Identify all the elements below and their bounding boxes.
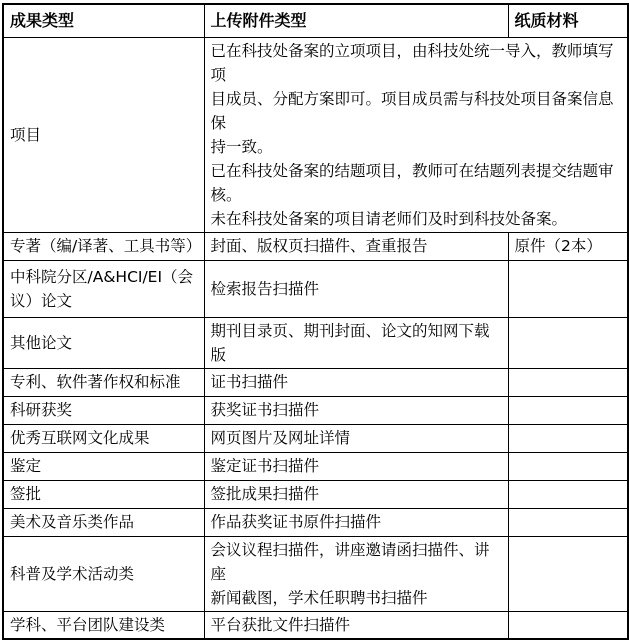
table-row: 项目 已在科技处备案的立项项目，由科技处统一导入，教师填写项 目成员、分配方案即… bbox=[3, 37, 628, 232]
paper-material-cell bbox=[508, 536, 628, 611]
attachment-type-cell: 期刊目录页、期刊封面、论文的知网下载版 bbox=[204, 317, 508, 368]
table-row: 专利、软件著作权和标准 证书扫描件 bbox=[3, 368, 628, 396]
paper-material-cell bbox=[508, 424, 628, 452]
table-row: 优秀互联网文化成果 网页图片及网址详情 bbox=[3, 424, 628, 452]
table-row: 学科、平台团队建设类 平台获批文件扫描件 bbox=[3, 611, 628, 639]
achievement-type-cell: 专利、软件著作权和标准 bbox=[3, 368, 204, 396]
paper-material-cell bbox=[508, 368, 628, 396]
achievement-type-cell: 专著（编/译著、工具书等） bbox=[3, 232, 204, 260]
attachment-type-cell: 作品获奖证书原件扫描件 bbox=[204, 508, 508, 536]
attachment-type-cell: 鉴定证书扫描件 bbox=[204, 452, 508, 480]
achievement-type-cell: 项目 bbox=[3, 37, 204, 232]
paper-material-cell bbox=[508, 611, 628, 639]
table-row: 鉴定 鉴定证书扫描件 bbox=[3, 452, 628, 480]
achievement-type-cell: 签批 bbox=[3, 480, 204, 508]
attachment-type-cell: 网页图片及网址详情 bbox=[204, 424, 508, 452]
attachment-type-cell: 平台获批文件扫描件 bbox=[204, 611, 508, 639]
header-achievement-type: 成果类型 bbox=[3, 4, 204, 37]
paper-material-cell bbox=[508, 452, 628, 480]
paper-material-cell: 原件（2本） bbox=[508, 232, 628, 260]
achievement-type-cell: 鉴定 bbox=[3, 452, 204, 480]
attachment-type-cell: 检索报告扫描件 bbox=[204, 260, 508, 317]
attachment-type-cell: 签批成果扫描件 bbox=[204, 480, 508, 508]
header-attachment-type: 上传附件类型 bbox=[204, 4, 508, 37]
table-row: 美术及音乐类作品 作品获奖证书原件扫描件 bbox=[3, 508, 628, 536]
paper-material-cell bbox=[508, 260, 628, 317]
table-row: 其他论文 期刊目录页、期刊封面、论文的知网下载版 bbox=[3, 317, 628, 368]
paper-material-cell bbox=[508, 508, 628, 536]
header-row: 成果类型 上传附件类型 纸质材料 bbox=[3, 4, 628, 37]
attachment-type-cell: 封面、版权页扫描件、查重报告 bbox=[204, 232, 508, 260]
attachment-type-cell: 会议议程扫描件，讲座邀请函扫描件、讲座 新闻截图，学术任职聘书扫描件 bbox=[204, 536, 508, 611]
header-paper-material: 纸质材料 bbox=[508, 4, 628, 37]
table-row: 科研获奖 获奖证书扫描件 bbox=[3, 396, 628, 424]
achievement-type-cell: 科研获奖 bbox=[3, 396, 204, 424]
attachment-type-cell: 获奖证书扫描件 bbox=[204, 396, 508, 424]
achievement-type-cell: 优秀互联网文化成果 bbox=[3, 424, 204, 452]
attachment-type-cell: 已在科技处备案的立项项目，由科技处统一导入，教师填写项 目成员、分配方案即可。项… bbox=[204, 37, 628, 232]
table-row: 专著（编/译著、工具书等） 封面、版权页扫描件、查重报告 原件（2本） bbox=[3, 232, 628, 260]
achievement-type-cell: 其他论文 bbox=[3, 317, 204, 368]
table-row: 签批 签批成果扫描件 bbox=[3, 480, 628, 508]
achievement-type-cell: 科普及学术活动类 bbox=[3, 536, 204, 611]
paper-material-cell bbox=[508, 317, 628, 368]
table-row: 科普及学术活动类 会议议程扫描件，讲座邀请函扫描件、讲座 新闻截图，学术任职聘书… bbox=[3, 536, 628, 611]
achievement-attachment-table: 成果类型 上传附件类型 纸质材料 项目 已在科技处备案的立项项目，由科技处统一导… bbox=[2, 3, 629, 640]
table-row: 中科院分区/A&HCI/EI（会 议）论文 检索报告扫描件 bbox=[3, 260, 628, 317]
paper-material-cell bbox=[508, 396, 628, 424]
paper-material-cell bbox=[508, 480, 628, 508]
achievement-type-cell: 美术及音乐类作品 bbox=[3, 508, 204, 536]
attachment-type-cell: 证书扫描件 bbox=[204, 368, 508, 396]
achievement-type-cell: 中科院分区/A&HCI/EI（会 议）论文 bbox=[3, 260, 204, 317]
achievement-type-cell: 学科、平台团队建设类 bbox=[3, 611, 204, 639]
